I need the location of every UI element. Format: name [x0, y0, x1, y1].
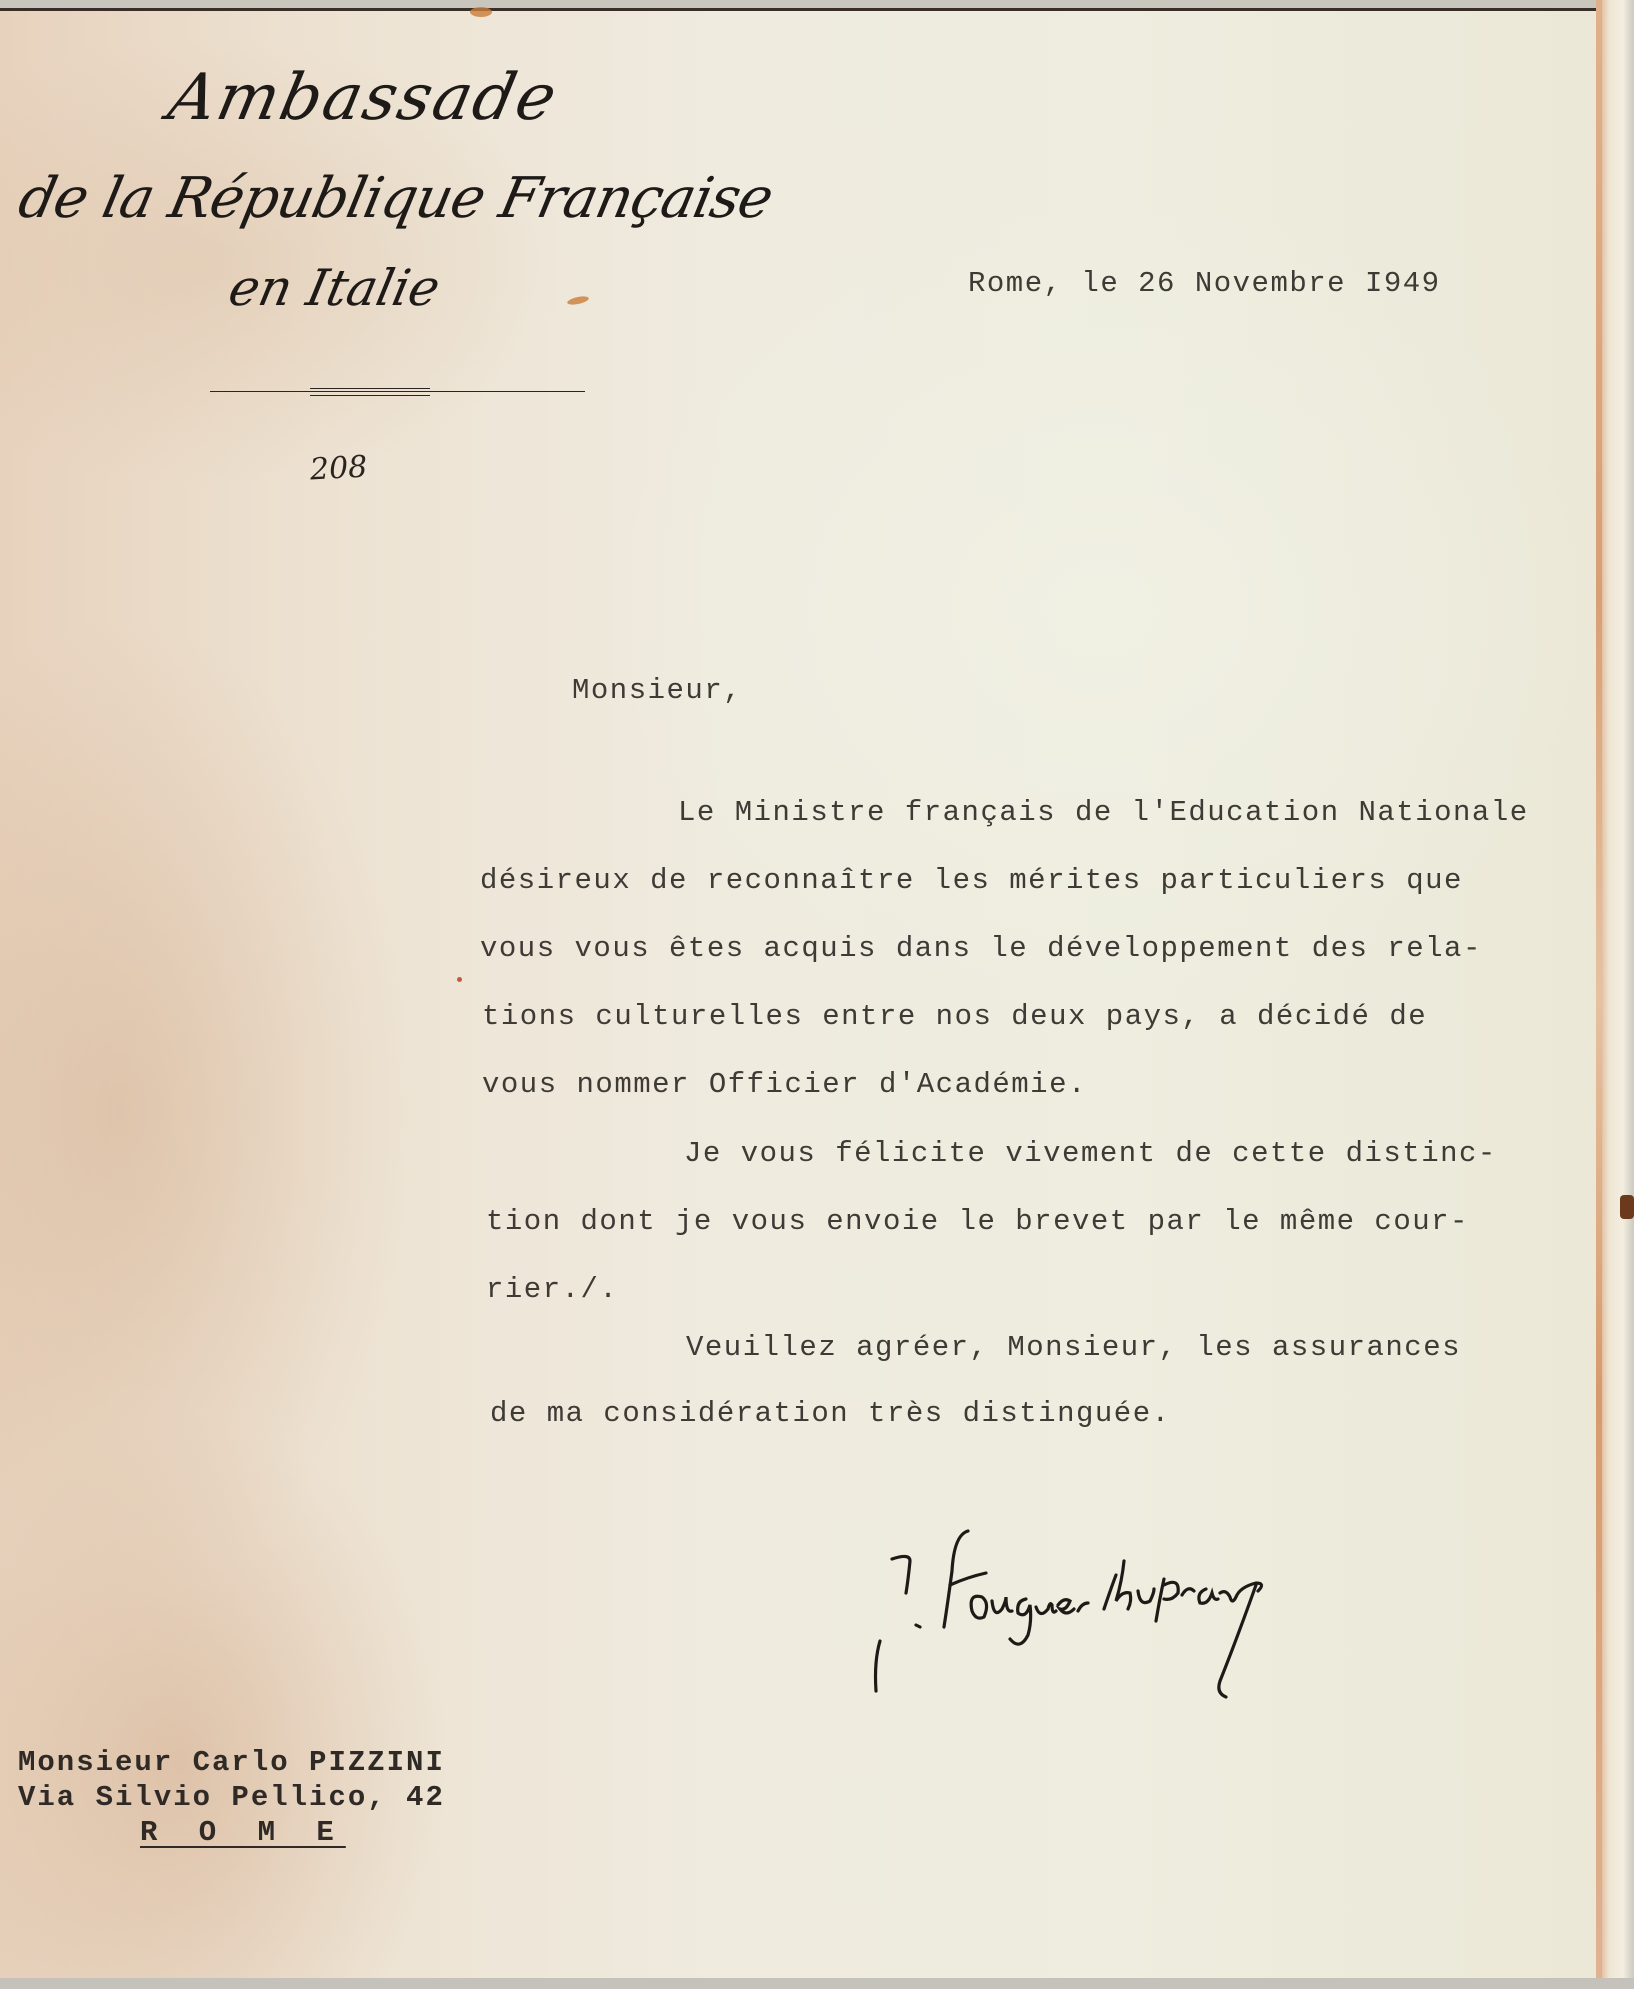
letter-page: Ambassade de la République Française en … [0, 8, 1600, 1981]
rust-stain [567, 295, 590, 306]
recipient-name: Monsieur Carlo PIZZINI [18, 1746, 445, 1779]
letterhead-line-2: de la République Française [13, 166, 778, 231]
rust-spot [457, 977, 462, 982]
reference-number: 208 [309, 450, 368, 488]
signature-icon [860, 1501, 1300, 1701]
recipient-city: R O M E [140, 1816, 346, 1849]
body-line: vous nommer Officier d'Académie. [482, 1068, 1087, 1101]
date-line: Rome, le 26 Novembre I949 [968, 267, 1441, 300]
body-line: Je vous félicite vivement de cette disti… [684, 1137, 1497, 1170]
body-line: Le Ministre français de l'Education Nati… [678, 796, 1529, 829]
edge-stain [1620, 1195, 1634, 1219]
edge-rust-strip [1596, 0, 1602, 1989]
body-line: Veuillez agréer, Monsieur, les assurance… [686, 1331, 1461, 1364]
body-line: désireux de reconnaître les mérites part… [480, 864, 1463, 897]
rust-stain [470, 7, 492, 17]
body-line: de ma considération très distinguée. [490, 1397, 1171, 1430]
body-line: tion dont je vous envoie le brevet par l… [486, 1205, 1469, 1238]
scan-border [0, 1978, 1634, 1989]
page-edge [1596, 0, 1634, 1989]
body-line: vous vous êtes acquis dans le développem… [480, 932, 1482, 965]
recipient-street: Via Silvio Pellico, 42 [18, 1781, 445, 1814]
handwritten-signature [860, 1501, 1300, 1701]
salutation: Monsieur, [572, 674, 742, 707]
letterhead-line-1: Ambassade [162, 61, 564, 135]
body-line: tions culturelles entre nos deux pays, a… [482, 1000, 1427, 1033]
letterhead-line-3: en Italie [224, 259, 445, 317]
letterhead-rule [210, 391, 585, 392]
body-line: rier./. [486, 1273, 618, 1306]
